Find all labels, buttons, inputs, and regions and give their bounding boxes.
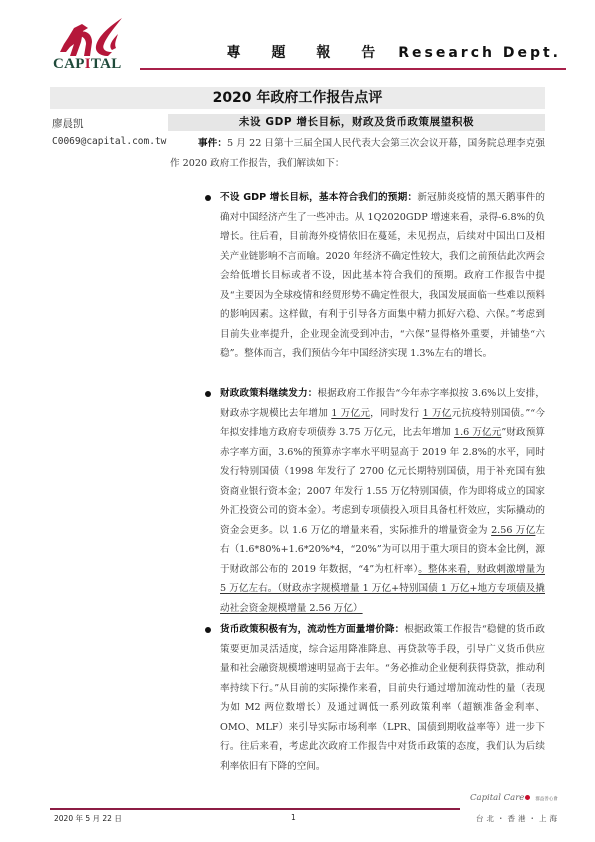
bullet-fiscal-policy: 财政政策料继续发力：根据政府工作报告“今年赤字率拟按 3.6%以上安排，财政赤字… — [220, 384, 545, 618]
header-title-zh: 專 題 報 告 — [227, 45, 389, 61]
bullet-heading: 财政政策料继续发力： — [220, 388, 317, 399]
underlined-figure: 2.56 万亿 — [491, 525, 535, 536]
footer-rule — [50, 808, 460, 810]
event-text: 5 月 22 日第十三届全国人民代表大会第三次会议开幕，国务院总理李克强作 20… — [170, 138, 545, 169]
bullet-text-part: ”财政预算赤字率方面，3.6%的预算赤字率水平明显高于 2019 年 2.8%的… — [220, 427, 545, 536]
bullet-icon — [205, 195, 211, 201]
brand-name: Capital Care — [470, 793, 524, 803]
bullet-text-part: ，同时发行 — [370, 408, 422, 419]
footer-date: 2020 年 5 月 22 日 — [54, 813, 122, 824]
bullet-text: 新冠肺炎疫情的黑天鹅事件的确对中国经济产生了一些冲击。从 1Q2020GDP 增… — [220, 192, 545, 359]
bullet-heading: 货币政策积极有为，流动性方面量增价降： — [220, 624, 404, 635]
bullet-monetary-policy: 货币政策积极有为，流动性方面量增价降：根据政策工作报告“稳健的货币政策要更加灵活… — [220, 620, 545, 776]
capital-care-logo: Capital Care群益善心會 — [470, 793, 558, 803]
report-subtitle: 未设 GDP 增长目标，财政及货币政策展望积极 — [168, 114, 545, 131]
bullet-heading: 不设 GDP 增长目标，基本符合我们的预期： — [220, 192, 417, 203]
bullet-icon — [205, 627, 211, 633]
event-paragraph: 事件：5 月 22 日第十三届全国人民代表大会第三次会议开幕，国务院总理李克强作… — [170, 134, 545, 173]
footer-cities: 台北・香港・上海 — [476, 813, 560, 824]
underlined-figure: 1.6 万亿元 — [454, 427, 501, 438]
brand-small: 群益善心會 — [535, 797, 558, 802]
bullet-text: 根据政策工作报告“稳健的货币政策要更加灵活适度，综合运用降准降息、再贷款等手段，… — [220, 624, 545, 772]
header-title: 專 題 報 告Research Dept. — [227, 42, 561, 62]
bullet-gdp-target: 不设 GDP 增长目标，基本符合我们的预期：新冠肺炎疫情的黑天鹅事件的确对中国经… — [220, 188, 545, 364]
report-title: 2020 年政府工作报告点评 — [50, 88, 545, 108]
author-email[interactable]: C0069@capital.com.tw — [52, 136, 166, 147]
heart-icon — [525, 795, 530, 800]
underlined-figure: 1 万亿元 — [331, 408, 370, 419]
underlined-figure: 1 万亿 — [423, 408, 452, 419]
header-title-en: Research Dept. — [398, 45, 561, 61]
bullet-icon — [205, 391, 211, 397]
capital-logo-text: CAPITAL — [53, 56, 122, 73]
author-name: 廖晨凯 — [52, 116, 84, 131]
header-rule — [140, 68, 566, 70]
page-number: 1 — [291, 813, 296, 822]
event-label: 事件： — [198, 138, 227, 149]
